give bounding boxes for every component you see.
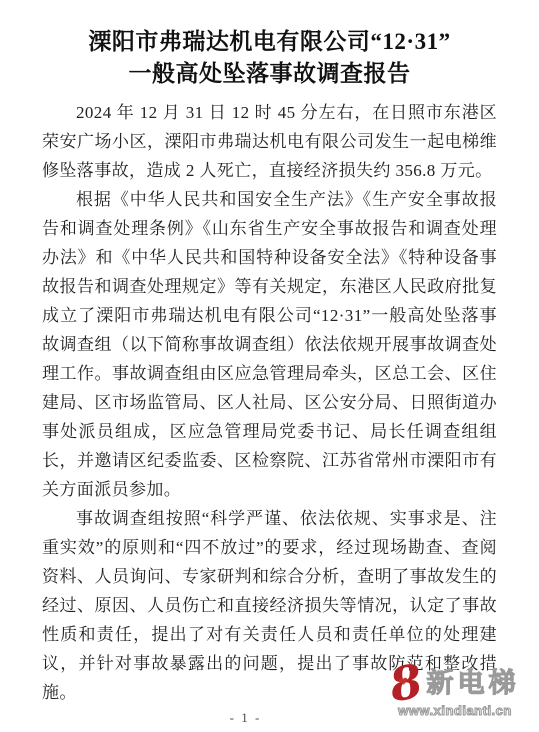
report-page: 溧阳市弗瑞达机电有限公司“12·31” 一般高处坠落事故调查报告 2024 年 … — [0, 0, 539, 732]
report-paragraph-2: 根据《中华人民共和国安全生产法》《生产安全事故报告和调查处理条例》《山东省生产安… — [42, 185, 497, 504]
report-title: 溧阳市弗瑞达机电有限公司“12·31” 一般高处坠落事故调查报告 — [0, 26, 539, 90]
logo-brand-name: 新电梯 — [427, 668, 520, 698]
report-paragraph-1: 2024 年 12 月 31 日 12 时 45 分左右，在日照市东港区荣安广场… — [42, 98, 497, 185]
report-body: 2024 年 12 月 31 日 12 时 45 分左右，在日照市东港区荣安广场… — [42, 98, 497, 707]
xindianti-logo-top: 8 ❤ 新电梯 — [377, 663, 533, 703]
logo-figure-eight-icon: 8 ❤ — [387, 661, 425, 706]
page-number: - 1 - — [0, 710, 491, 726]
report-title-line2: 一般高处坠落事故调查报告 — [0, 58, 539, 90]
report-title-line1: 溧阳市弗瑞达机电有限公司“12·31” — [0, 26, 539, 58]
